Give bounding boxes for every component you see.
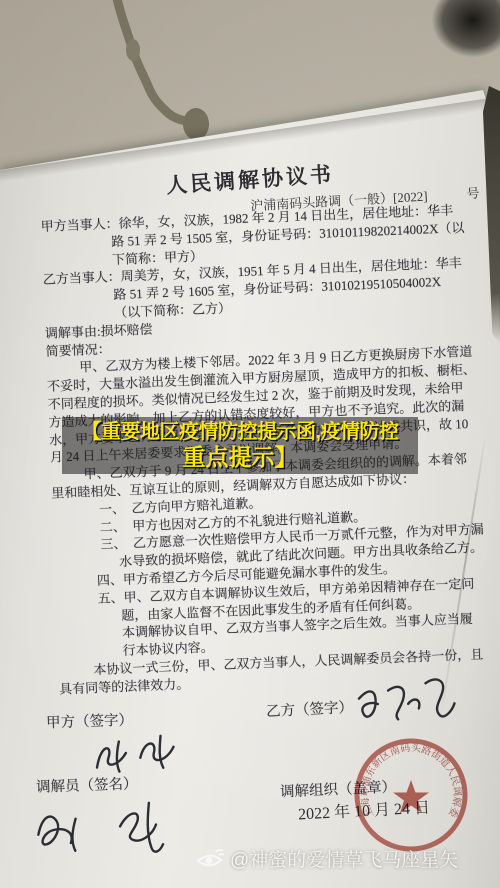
- stamp-star-icon: [393, 780, 429, 813]
- party-a-handwritten-signature: [80, 725, 194, 782]
- watermark: @神蜜的爱情草飞马座星矢: [196, 845, 458, 872]
- svg-text:上海市浦东新区南码头路街道人民调解委员会: 上海市浦东新区南码头路街道人民调解委员会: [352, 736, 464, 820]
- official-red-stamp: 上海市浦东新区南码头路街道人民调解委员会: [352, 736, 470, 854]
- caption-line-2: 重点提示】: [183, 444, 298, 471]
- caption-line-1: 【重要地区疫情防控提示函,疫情防控: [81, 420, 398, 444]
- party-a-signature-label: 甲方（签字）: [46, 708, 134, 732]
- watermark-handle: @神蜜的爱情草飞马座星矢: [230, 845, 458, 872]
- caption-overlay-banner: 【重要地区疫情防控提示函,疫情防控 重点提示】: [62, 417, 418, 474]
- weibo-eye-icon: [196, 847, 224, 871]
- stamp-text: 上海市浦东新区南码头路街道人民调解委员会: [352, 736, 464, 820]
